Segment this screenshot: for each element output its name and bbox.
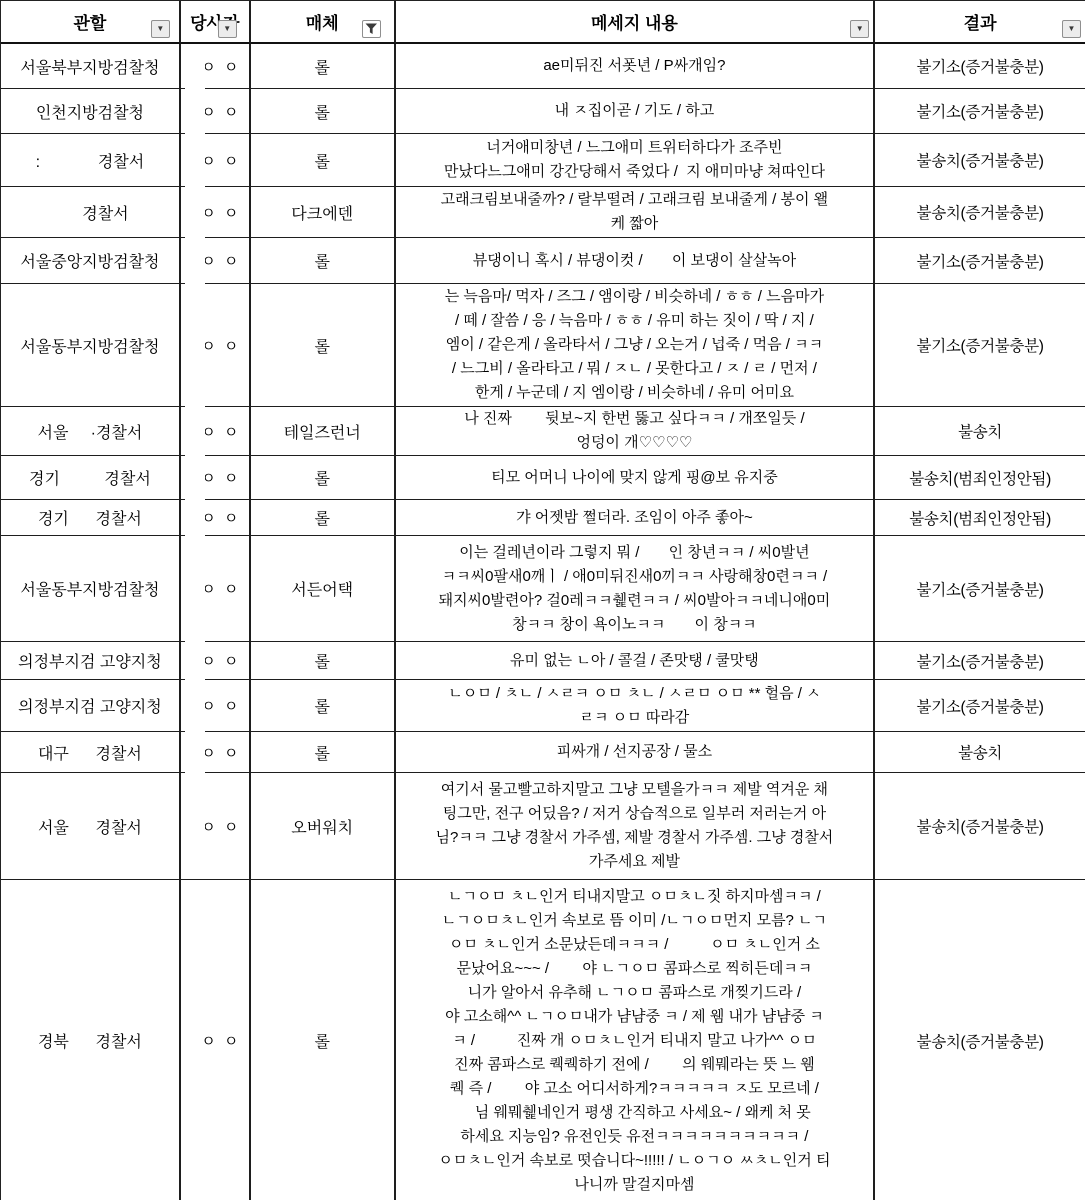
result-cell[interactable]: 불기소(증거불충분) [875,44,1085,89]
table-row: 인천지방검찰청ㅇ ㅇ롤내 ㅈ집이곧 / 기도 / 하고불기소(증거불충분) [1,89,1085,134]
message-cell[interactable]: 너거애미창년 / 느그애미 트위터하다가 조주빈 만났다느그애미 강간당해서 죽… [396,134,876,187]
party-cell[interactable]: ㅇ ㅇ [181,456,251,500]
message-cell[interactable]: 뷰댕이니 혹시 / 뷰댕이컷 / 이 보댕이 살살녹아 [396,238,876,284]
jurisdiction-cell[interactable]: 경기 경찰서 [1,500,181,536]
table-row: 서울동부지방검찰청ㅇ ㅇ서든어택이는 걸레년이라 그렇지 뭐 / 인 창년ㅋㅋ … [1,536,1085,642]
message-cell[interactable]: 내 ㅈ집이곧 / 기도 / 하고 [396,89,876,134]
column-header-label: 메세지 내용 [591,9,678,34]
filter-dropdown-button[interactable]: ▼ [151,20,170,38]
jurisdiction-cell[interactable]: 서울 ·경찰서 [1,407,181,456]
table-row: 서울동부지방검찰청ㅇ ㅇ롤는 늑음마/ 먹자 / 즈그 / 앰이랑 / 비슷하네… [1,284,1085,407]
media-cell[interactable]: 롤 [251,134,396,187]
party-cell[interactable]: ㅇ ㅇ [181,680,251,732]
jurisdiction-cell[interactable]: 대구 경찰서 [1,732,181,773]
message-cell[interactable]: ae미뒤진 서폿년 / P싸개임? [396,44,876,89]
message-cell[interactable]: 고래크림보내줄까? / 랄부떨려 / 고래크림 보내줄게 / 봉이 왤 케 짧아 [396,187,876,238]
media-cell[interactable]: 롤 [251,89,396,134]
party-cell[interactable]: ㅇ ㅇ [181,89,251,134]
filter-active-button[interactable] [362,20,381,38]
party-cell[interactable]: ㅇ ㅇ [181,500,251,536]
result-cell[interactable]: 불송치 [875,732,1085,773]
result-cell[interactable]: 불기소(증거불충분) [875,89,1085,134]
table-row: 의정부지검 고양지청ㅇ ㅇ롤유미 없는 ㄴ아 / 콜걸 / 존맛탱 / 쿨맛탱불… [1,642,1085,680]
media-cell[interactable]: 롤 [251,500,396,536]
party-cell[interactable]: ㅇ ㅇ [181,187,251,238]
media-cell[interactable]: 롤 [251,732,396,773]
result-cell[interactable]: 불기소(증거불충분) [875,536,1085,642]
table-row: 경북 경찰서ㅇ ㅇ롤ㄴㄱㅇㅁ ㅊㄴ인거 티내지말고 ㅇㅁㅊㄴ짓 하지마셈ㅋㅋ /… [1,880,1085,1200]
result-cell[interactable]: 불송치(증거불충분) [875,187,1085,238]
result-cell[interactable]: 불송치(증거불충분) [875,773,1085,880]
message-cell[interactable]: ㄴㅇㅁ / ㅊㄴ / ㅅㄹㅋ ㅇㅁ ㅊㄴ / ㅅㄹㅁ ㅇㅁ ** 헐음 / ㅅ … [396,680,876,732]
table-row: 경찰서ㅇ ㅇ다크에덴고래크림보내줄까? / 랄부떨려 / 고래크림 보내줄게 /… [1,187,1085,238]
header-cell-jurisdiction[interactable]: 관할 ▼ [1,1,181,44]
chevron-down-icon: ▼ [1068,25,1076,33]
message-cell[interactable]: 유미 없는 ㄴ아 / 콜걸 / 존맛탱 / 쿨맛탱 [396,642,876,680]
filter-dropdown-button[interactable]: ▼ [218,20,237,38]
result-cell[interactable]: 불송치(범죄인정안됨) [875,456,1085,500]
header-cell-message[interactable]: 메세지 내용 ▼ [396,1,876,44]
jurisdiction-cell[interactable]: 인천지방검찰청 [1,89,181,134]
jurisdiction-cell[interactable]: 의정부지검 고양지청 [1,680,181,732]
message-cell[interactable]: 여기서 물고빨고하지말고 그냥 모텔을가ㅋㅋ 제발 역겨운 채 팅그만, 전구 … [396,773,876,880]
party-cell[interactable]: ㅇ ㅇ [181,284,251,407]
party-cell[interactable]: ㅇ ㅇ [181,880,251,1200]
filter-dropdown-button[interactable]: ▼ [850,20,869,38]
filter-dropdown-button[interactable]: ▼ [1062,20,1081,38]
filter-funnel-icon [365,23,378,35]
table-body: 서울북부지방검찰청ㅇ ㅇ롤ae미뒤진 서폿년 / P싸개임?불기소(증거불충분)… [1,44,1085,1200]
media-cell[interactable]: 테일즈런너 [251,407,396,456]
jurisdiction-cell[interactable]: 서울동부지방검찰청 [1,536,181,642]
media-cell[interactable]: 서든어택 [251,536,396,642]
table-row: 의정부지검 고양지청ㅇ ㅇ롤ㄴㅇㅁ / ㅊㄴ / ㅅㄹㅋ ㅇㅁ ㅊㄴ / ㅅㄹㅁ… [1,680,1085,732]
jurisdiction-cell[interactable]: : 경찰서 [1,134,181,187]
header-cell-party[interactable]: 당사자 ▼ [181,1,251,44]
jurisdiction-cell[interactable]: 경기 경찰서 [1,456,181,500]
table-row: 서울 경찰서ㅇ ㅇ오버워치여기서 물고빨고하지말고 그냥 모텔을가ㅋㅋ 제발 역… [1,773,1085,880]
party-cell[interactable]: ㅇ ㅇ [181,536,251,642]
chevron-down-icon: ▼ [156,25,164,33]
result-cell[interactable]: 불송치(증거불충분) [875,880,1085,1200]
media-cell[interactable]: 롤 [251,642,396,680]
message-cell[interactable]: ㄴㄱㅇㅁ ㅊㄴ인거 티내지말고 ㅇㅁㅊㄴ짓 하지마셈ㅋㅋ / ㄴㄱㅇㅁㅊㄴ인거 … [396,880,876,1200]
party-cell[interactable]: ㅇ ㅇ [181,134,251,187]
media-cell[interactable]: 다크에덴 [251,187,396,238]
table-row: 대구 경찰서ㅇ ㅇ롤피싸개 / 선지공장 / 물소불송치 [1,732,1085,773]
column-header-label: 관할 [73,9,106,34]
column-header-label: 매체 [306,9,339,34]
jurisdiction-cell[interactable]: 경북 경찰서 [1,880,181,1200]
jurisdiction-cell[interactable]: 서울동부지방검찰청 [1,284,181,407]
result-cell[interactable]: 불기소(증거불충분) [875,284,1085,407]
party-cell[interactable]: ㅇ ㅇ [181,732,251,773]
jurisdiction-cell[interactable]: 서울 경찰서 [1,773,181,880]
result-cell[interactable]: 불송치(범죄인정안됨) [875,500,1085,536]
party-cell[interactable]: ㅇ ㅇ [181,773,251,880]
jurisdiction-cell[interactable]: 의정부지검 고양지청 [1,642,181,680]
message-cell[interactable]: 이는 걸레년이라 그렇지 뭐 / 인 창년ㅋㅋ / 씨0발년 ㅋㅋ씨0팔새0깨ㅣ… [396,536,876,642]
table-row: 서울 ·경찰서ㅇ ㅇ테일즈런너나 진짜 뒷보~지 한번 뚫고 싶다ㅋㅋ / 개쪼… [1,407,1085,456]
jurisdiction-cell[interactable]: 서울북부지방검찰청 [1,44,181,89]
message-cell[interactable]: 나 진짜 뒷보~지 한번 뚫고 싶다ㅋㅋ / 개쪼일듯 / 엉덩이 개♡♡♡♡ [396,407,876,456]
media-cell[interactable]: 롤 [251,44,396,89]
media-cell[interactable]: 롤 [251,284,396,407]
chevron-down-icon: ▼ [856,25,864,33]
header-row: 관할 ▼ 당사자 ▼ 매체 메세지 내용 ▼ 결과 [1,1,1085,44]
media-cell[interactable]: 오버워치 [251,773,396,880]
table-row: 경기 경찰서ㅇ ㅇ롤갸 어젯밤 쩔더라. 조임이 아주 좋아~불송치(범죄인정안… [1,500,1085,536]
media-cell[interactable]: 롤 [251,680,396,732]
header-cell-result[interactable]: 결과 ▼ [875,1,1085,44]
jurisdiction-cell[interactable]: 서울중앙지방검찰청 [1,238,181,284]
message-cell[interactable]: 갸 어젯밤 쩔더라. 조임이 아주 좋아~ [396,500,876,536]
table-row: 서울북부지방검찰청ㅇ ㅇ롤ae미뒤진 서폿년 / P싸개임?불기소(증거불충분) [1,44,1085,89]
message-cell[interactable]: 티모 어머니 나이에 맞지 않게 핑@보 유지중 [396,456,876,500]
table-row: 서울중앙지방검찰청ㅇ ㅇ롤뷰댕이니 혹시 / 뷰댕이컷 / 이 보댕이 살살녹아… [1,238,1085,284]
media-cell[interactable]: 롤 [251,880,396,1200]
message-cell[interactable]: 피싸개 / 선지공장 / 물소 [396,732,876,773]
column-header-label: 결과 [964,9,997,34]
party-cell[interactable]: ㅇ ㅇ [181,642,251,680]
party-cell[interactable]: ㅇ ㅇ [181,238,251,284]
media-cell[interactable]: 롤 [251,238,396,284]
spreadsheet-table: 관할 ▼ 당사자 ▼ 매체 메세지 내용 ▼ 결과 [0,0,1085,1200]
result-cell[interactable]: 불기소(증거불충분) [875,680,1085,732]
header-cell-media[interactable]: 매체 [251,1,396,44]
result-cell[interactable]: 불송치(증거불충분) [875,134,1085,187]
party-cell[interactable]: ㅇ ㅇ [181,44,251,89]
chevron-down-icon: ▼ [223,25,231,33]
jurisdiction-cell[interactable]: 경찰서 [1,187,181,238]
media-cell[interactable]: 롤 [251,456,396,500]
result-cell[interactable]: 불송치 [875,407,1085,456]
party-cell[interactable]: ㅇ ㅇ [181,407,251,456]
result-cell[interactable]: 불기소(증거불충분) [875,642,1085,680]
table-row: : 경찰서ㅇ ㅇ롤너거애미창년 / 느그애미 트위터하다가 조주빈 만났다느그애… [1,134,1085,187]
message-cell[interactable]: 는 늑음마/ 먹자 / 즈그 / 앰이랑 / 비슷하네 / ㅎㅎ / 느음마가 … [396,284,876,407]
result-cell[interactable]: 불기소(증거불충분) [875,238,1085,284]
table-row: 경기 경찰서ㅇ ㅇ롤티모 어머니 나이에 맞지 않게 핑@보 유지중불송치(범죄… [1,456,1085,500]
